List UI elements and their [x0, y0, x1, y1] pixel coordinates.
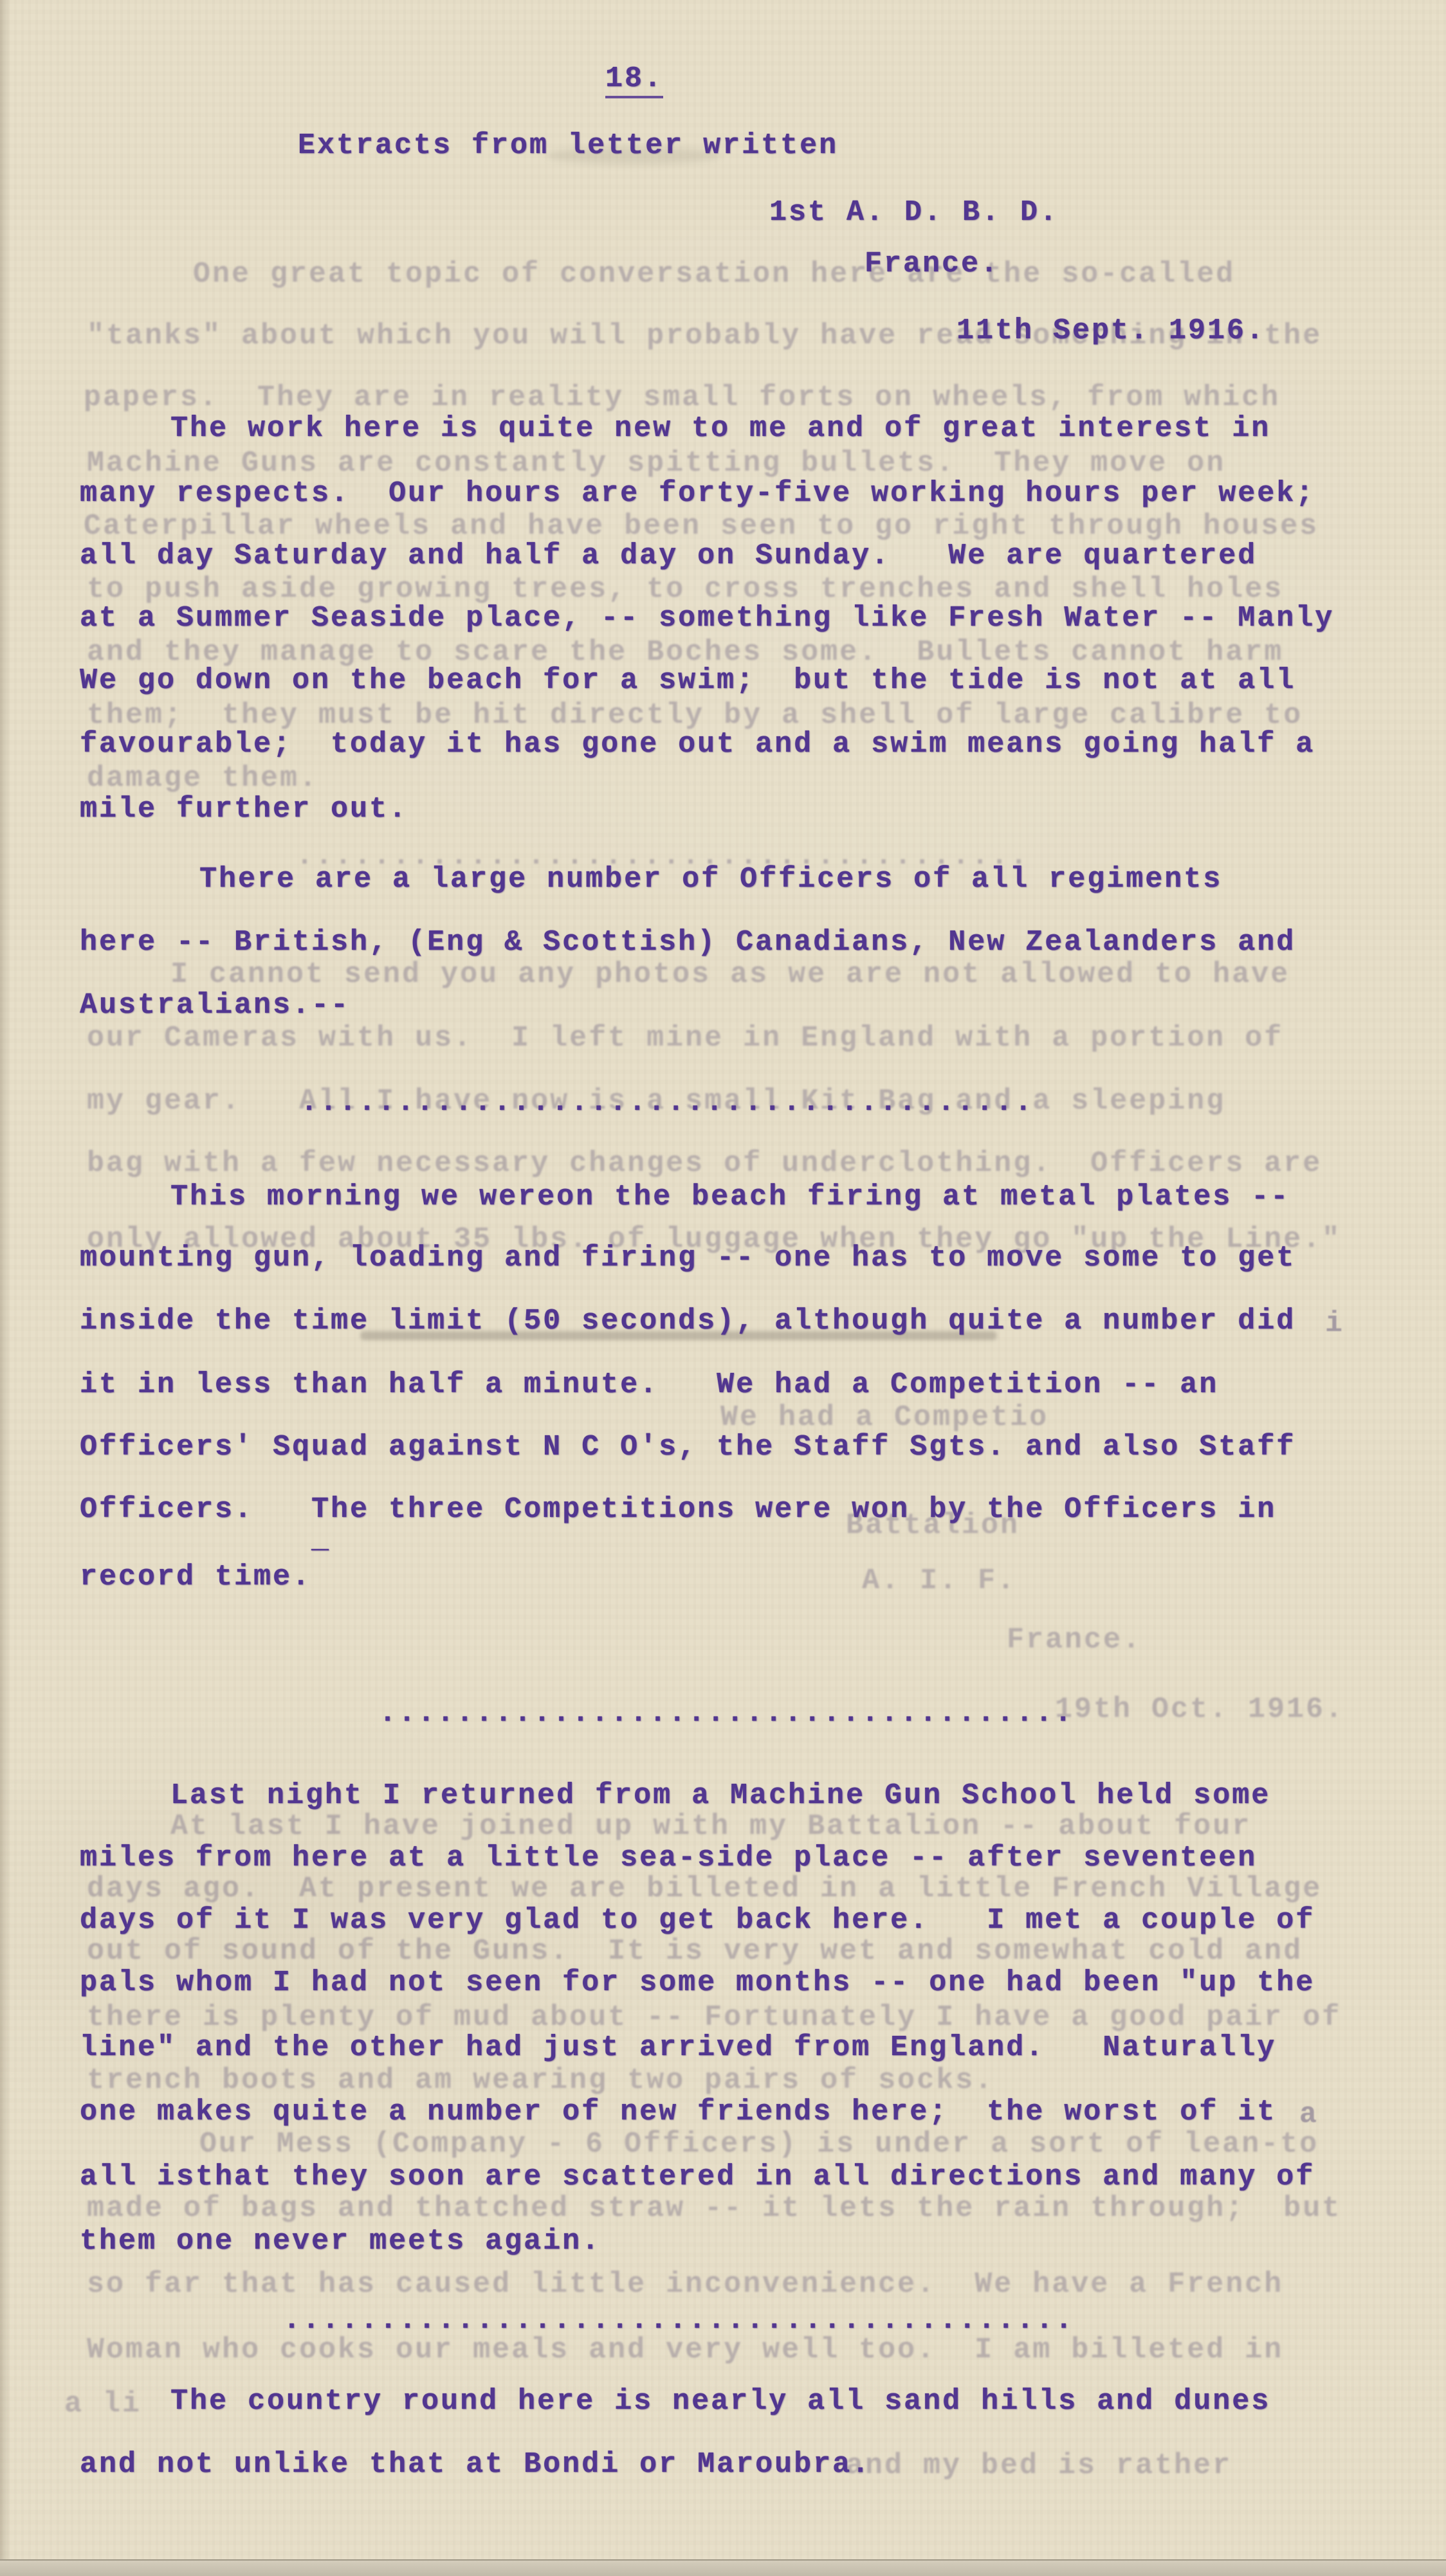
typed-line: Extracts from letter written — [298, 131, 838, 160]
typed-line: Australians.-- — [80, 991, 350, 1020]
typed-line: and not unlike that at Bondi or Maroubra… — [80, 2450, 871, 2479]
ghost-line: so far that has caused little inconvenie… — [87, 2270, 1283, 2299]
ghost-line: Our Mess (Company - 6 Officers) is under… — [199, 2130, 1319, 2159]
typed-line: There are a large number of Officers of … — [199, 865, 1222, 894]
typed-line: We go down on the beach for a swim; but … — [80, 666, 1295, 695]
ghost-line: At last I have joined up with my Battali… — [170, 1812, 1251, 1841]
ghost-line: We had a Competio — [720, 1403, 1048, 1432]
faint-strike-mark: i — [1325, 1309, 1344, 1338]
typed-line: here -- British, (Eng & Scottish) Canadi… — [80, 928, 1295, 957]
typed-line: them one never meets again. — [80, 2227, 601, 2256]
typed-line: record time. — [80, 1563, 311, 1592]
typed-line: at a Summer Seaside place, -- something … — [80, 604, 1334, 633]
scan-bottom-edge — [0, 2559, 1446, 2576]
typed-line: 18. — [605, 64, 663, 98]
typed-line: ........................................… — [283, 2306, 1074, 2335]
ghost-line: a li — [64, 2390, 142, 2418]
ghost-line: papers. They are in reality small forts … — [84, 383, 1280, 412]
ghost-line: and they manage to scare the Boches some… — [87, 638, 1283, 667]
ghost-line: Caterpillar wheels and have been seen to… — [84, 512, 1319, 541]
typed-line: Last night I returned from a Machine Gun… — [170, 1781, 1270, 1810]
typed-line: inside the time limit (50 seconds), alth… — [80, 1307, 1295, 1336]
typed-line: .................................... — [379, 1699, 1074, 1728]
typed-line: Officers. The three Competitions were wo… — [80, 1495, 1276, 1524]
typed-line: Officers' Squad against N C O's, the Sta… — [80, 1433, 1295, 1462]
ghost-line: Machine Guns are constantly spitting bul… — [87, 449, 1225, 478]
ghost-line: them; they must be hit directly by a she… — [87, 701, 1303, 730]
typed-line: days of it I was very glad to get back h… — [80, 1906, 1315, 1935]
ghost-line: A. I. F. — [862, 1566, 1016, 1595]
typed-line: miles from here at a little sea-side pla… — [80, 1844, 1257, 1873]
typed-line: This morning we wereon the beach firing … — [170, 1183, 1290, 1211]
typed-line: one makes quite a number of new friends … — [80, 2098, 1276, 2127]
ghost-line: days ago. At present we are billeted in … — [87, 1874, 1322, 1903]
ghost-line: 19th Oct. 1916. — [1055, 1695, 1344, 1724]
typed-line: line" and the other had just arrived fro… — [80, 2033, 1276, 2062]
paper-left-edge — [0, 0, 10, 2576]
stray-mark: _ — [311, 1525, 331, 1554]
ghost-line: damage them. — [87, 764, 318, 793]
typed-line: The country round here is nearly all san… — [170, 2387, 1270, 2416]
ghost-line: trench boots and am wearing two pairs of… — [87, 2066, 994, 2095]
typed-line: The work here is quite new to me and of … — [170, 414, 1270, 443]
ghost-line: and my bed is rather — [846, 2451, 1232, 2480]
ghost-line: I cannot send you any photos as we are n… — [170, 960, 1290, 989]
ghost-line: our Cameras with us. I left mine in Engl… — [87, 1024, 1283, 1053]
typed-line: many respects. Our hours are forty-five … — [80, 479, 1315, 508]
typed-line: ...................................... — [300, 1088, 1034, 1117]
faint-strike-mark: a — [1299, 2100, 1319, 2129]
ghost-line: France. — [1007, 1626, 1142, 1655]
ghost-line: made of bags and thatched straw -- it le… — [87, 2194, 1341, 2223]
ghost-line: One great topic of conversation here are… — [193, 260, 1235, 289]
ghost-line: to push aside growing trees, to cross tr… — [87, 575, 1283, 604]
typed-line: mounting gun, loading and firing -- one … — [80, 1244, 1295, 1273]
ghost-line: Woman who cooks our meals and very well … — [87, 2336, 1283, 2364]
typed-line: it in less than half a minute. We had a … — [80, 1370, 1218, 1399]
ghost-line: out of sound of the Guns. It is very wet… — [87, 1937, 1303, 1966]
ghost-line: bag with a few necessary changes of unde… — [87, 1149, 1322, 1178]
typed-line: pals whom I had not seen for some months… — [80, 1968, 1315, 1997]
typed-line: 1st A. D. B. D. — [769, 198, 1059, 227]
typed-line: all isthat they soon are scattered in al… — [80, 2163, 1315, 2191]
typed-line: 11th Sept. 1916. — [956, 316, 1265, 345]
typed-line: France. — [865, 249, 1000, 278]
typed-line: mile further out. — [80, 795, 408, 824]
letter-page: One great topic of conversation here are… — [0, 0, 1446, 2576]
typed-line: favourable; today it has gone out and a … — [80, 730, 1315, 759]
ghost-line: there is plenty of mud about -- Fortunat… — [87, 2003, 1341, 2032]
typed-line: all day Saturday and half a day on Sunda… — [80, 541, 1257, 570]
